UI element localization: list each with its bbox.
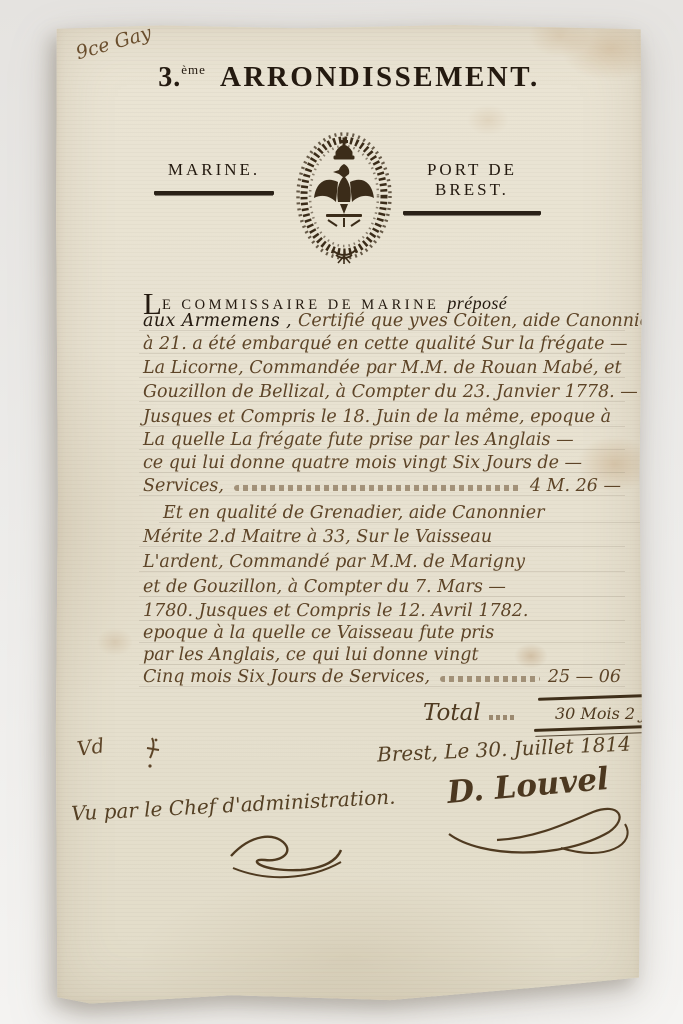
body-line: Et en qualité de Grenadier, aide Canonni…	[163, 503, 641, 523]
body-line: Mérite 2.d Maitre à 33, Sur le Vaisseau	[143, 527, 621, 547]
marine-label: MARINE.	[154, 160, 274, 180]
squiggle-filler-icon	[234, 485, 522, 491]
port-de-brest-label: PORT DE BREST.	[403, 160, 541, 200]
opening-italic-word: préposé	[447, 293, 507, 313]
district-title: 3.ème ARRONDISSEMENT.	[55, 61, 643, 94]
service-total-line-2: Cinq mois Six Jours de Services, 25 — 06	[143, 667, 621, 687]
squiggle-filler-icon	[440, 676, 540, 682]
validation-initial-mark: Vd	[75, 733, 105, 761]
chef-administration-line: Vu par le Chef d'administration.	[71, 785, 396, 826]
handwritten-intro: Certifié que yves Coiten, aide Canonnier	[298, 311, 658, 331]
total-rule-above	[538, 694, 644, 701]
service-label-2: Cinq mois Six Jours de Services,	[143, 667, 430, 687]
body-line: La quelle La frégate fute prise par les …	[143, 430, 621, 450]
body-line: La Licorne, Commandée par M.M. de Rouan …	[143, 358, 621, 378]
signature-flourish-icon	[441, 800, 646, 870]
paper-shadow-wrap: 9ce Gay 3.ème ARRONDISSEMENT.	[55, 24, 643, 1005]
body-line-intro: aux Armemens ,Certifié que yves Coiten, …	[143, 311, 658, 331]
document-paper: 9ce Gay 3.ème ARRONDISSEMENT.	[55, 24, 643, 1005]
district-number: 3.	[158, 62, 181, 93]
port-de-brest-rule	[403, 211, 541, 215]
printed-lead-text: aux Armemens ,	[143, 311, 292, 331]
photo-backdrop: 9ce Gay 3.ème ARRONDISSEMENT.	[0, 0, 683, 1024]
service-label-1: Services,	[143, 476, 224, 496]
marine-rule	[154, 191, 274, 195]
chef-signature-flourish-icon	[223, 828, 351, 886]
body-line: et de Gouzillon, à Compter du 7. Mars —	[143, 577, 621, 597]
body-line: ce qui lui donne quatre mois vingt Six J…	[143, 453, 621, 473]
body-line: par les Anglais, ce qui lui donne vingt	[143, 645, 621, 665]
body-line: à 21. a été embarqué en cette qualité Su…	[143, 334, 628, 354]
ink-mark-icon	[141, 734, 163, 776]
marine-label-group: MARINE.	[154, 160, 274, 195]
service-value-2: 25 — 06	[548, 667, 621, 687]
body-line: L'ardent, Commandé par M.M. de Marigny	[143, 552, 621, 572]
service-total-line-1: Services, 4 M. 26 —	[143, 476, 621, 496]
service-value-1: 4 M. 26 —	[530, 476, 621, 496]
total-label: Total	[423, 700, 481, 726]
body-line: Gouzillon de Bellizal, à Compter du 23. …	[143, 382, 638, 402]
imperial-eagle-wreath-icon	[288, 116, 400, 264]
squiggle-filler-icon	[489, 715, 515, 720]
registry-annotation: 9ce Gay	[73, 22, 153, 64]
total-value: 30 Mois 2 Jrs	[555, 704, 662, 723]
body-line: epoque à la quelle ce Vaisseau fute pris	[143, 623, 621, 643]
body-line: Jusques et Compris le 18. Juin de la mêm…	[143, 407, 621, 427]
district-number-superscript: ème	[181, 62, 206, 77]
port-label-group: PORT DE BREST.	[403, 160, 541, 215]
district-title-text: ARRONDISSEMENT.	[220, 61, 540, 93]
body-line: 1780. Jusques et Compris le 12. Avril 17…	[143, 601, 621, 621]
total-row: Total	[423, 700, 553, 726]
